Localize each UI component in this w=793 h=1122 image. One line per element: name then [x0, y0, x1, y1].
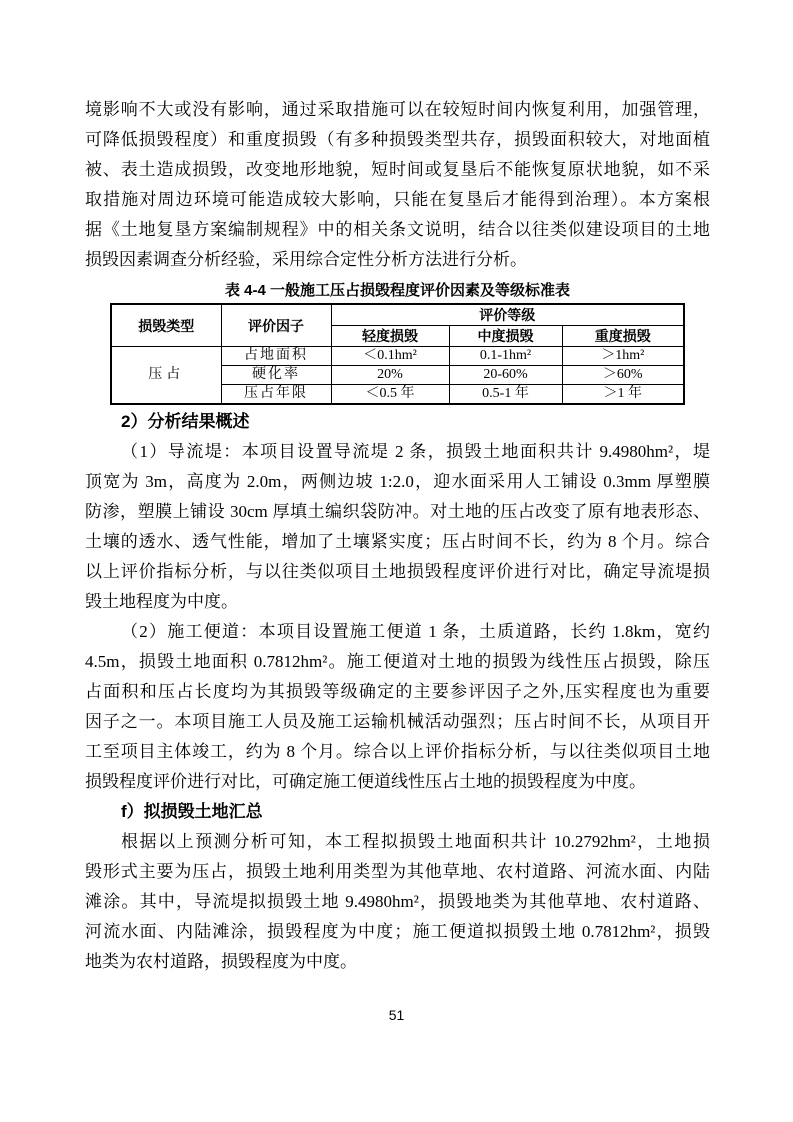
table-cell: 20-60% — [449, 366, 562, 385]
paragraph: 境影响不大或没有影响，通过采取措施可以在较短时间内恢复利用，加强管理，可降低损毁… — [85, 95, 710, 275]
section-heading: f）拟损毁土地汇总 — [85, 797, 710, 827]
text-line: 土壤的透水、透气性能，增加了土壤紧实度；压占时间不长，约为 8 个月。综合 — [85, 527, 710, 557]
table-header-cell: 评价等级 — [331, 304, 684, 326]
text-line: 因子之一。本项目施工人员及施工运输机械活动强烈；压占时间不长，从项目开 — [85, 707, 710, 737]
text-line: 顶宽为 3m，高度为 2.0m，两侧边坡 1:2.0，迎水面采用人工铺设 0.3… — [85, 467, 710, 497]
text-line: 损毁程度评价进行对比，可确定施工便道线性压占土地的损毁程度为中度。 — [85, 767, 710, 797]
text-line: 4.5m，损毁土地面积 0.7812hm²。施工便道对土地的损毁为线性压占损毁，… — [85, 647, 710, 677]
paragraph: （1）导流堤：本项目设置导流堤 2 条，损毁土地面积共计 9.4980hm²，堤… — [85, 437, 710, 617]
text-line: 损毁因素调查分析经验，采用综合定性分析方法进行分析。 — [85, 245, 710, 275]
text-line: （2）施工便道：本项目设置施工便道 1 条，土质道路，长约 1.8km，宽约 — [85, 617, 710, 647]
text-line: 河流水面、内陆滩涂，损毁程度为中度；施工便道拟损毁土地 0.7812hm²，损毁 — [85, 917, 710, 947]
document-page: 境影响不大或没有影响，通过采取措施可以在较短时间内恢复利用，加强管理，可降低损毁… — [0, 0, 793, 1122]
section-heading: 2）分析结果概述 — [85, 407, 710, 437]
table-cell: 硬化率 — [221, 366, 331, 385]
table-header-cell: 重度损毁 — [562, 326, 684, 347]
paragraph: 根据以上预测分析可知，本工程拟损毁土地面积共计 10.2792hm²，土地损毁形… — [85, 827, 710, 977]
text-line: 防渗，塑膜上铺设 30cm 厚填土编织袋防冲。对土地的压占改变了原有地表形态、 — [85, 497, 710, 527]
page-footer: 51 — [0, 1005, 793, 1025]
paragraph: （2）施工便道：本项目设置施工便道 1 条，土质道路，长约 1.8km，宽约4.… — [85, 617, 710, 797]
table-header-cell: 损毁类型 — [111, 304, 221, 347]
table-header-row: 损毁类型评价因子评价等级 — [111, 304, 684, 326]
table-cell: 0.5-1 年 — [449, 385, 562, 405]
table-cell: 0.1-1hm² — [449, 347, 562, 366]
table-header-cell: 评价因子 — [221, 304, 331, 347]
table-group-cell: 压占 — [111, 347, 221, 405]
text-line: 被、表土造成损毁，改变地形地貌，短时间或复垦后不能恢复原状地貌，如不采 — [85, 155, 710, 185]
document-content: 境影响不大或没有影响，通过采取措施可以在较短时间内恢复利用，加强管理，可降低损毁… — [85, 95, 710, 977]
text-line: 毁土地程度为中度。 — [85, 587, 710, 617]
table-header-cell: 轻度损毁 — [331, 326, 449, 347]
text-line: 可降低损毁程度）和重度损毁（有多种损毁类型共存，损毁面积较大，对地面植 — [85, 125, 710, 155]
table-caption: 表 4-4 一般施工压占损毁程度评价因素及等级标准表 — [85, 281, 710, 301]
text-line: 滩涂。其中，导流堤拟损毁土地 9.4980hm²，损毁地类为其他草地、农村道路、 — [85, 887, 710, 917]
table-cell: ＞1 年 — [562, 385, 684, 405]
table-cell: 20% — [331, 366, 449, 385]
table-cell: 占地面积 — [221, 347, 331, 366]
text-line: （1）导流堤：本项目设置导流堤 2 条，损毁土地面积共计 9.4980hm²，堤 — [85, 437, 710, 467]
table-cell: ＜0.1hm² — [331, 347, 449, 366]
page-number: 51 — [389, 1007, 405, 1023]
text-line: 工至项目主体竣工，约为 8 个月。综合以上评价指标分析，与以往类似项目土地 — [85, 737, 710, 767]
text-line: 据《土地复垦方案编制规程》中的相关条文说明，结合以往类似建设项目的土地 — [85, 215, 710, 245]
table-cell: 压占年限 — [221, 385, 331, 405]
text-line: 毁形式主要为压占，损毁土地利用类型为其他草地、农村道路、河流水面、内陆 — [85, 857, 710, 887]
table-cell: ＞1hm² — [562, 347, 684, 366]
text-line: 取措施对周边环境可能造成较大影响，只能在复垦后才能得到治理）。本方案根 — [85, 185, 710, 215]
text-line: 地类为农村道路，损毁程度为中度。 — [85, 947, 710, 977]
text-line: 以上评价指标分析，与以往类似项目土地损毁程度评价进行对比，确定导流堤损 — [85, 557, 710, 587]
text-line: 境影响不大或没有影响，通过采取措施可以在较短时间内恢复利用，加强管理， — [85, 95, 710, 125]
table-row: 压占占地面积＜0.1hm²0.1-1hm²＞1hm² — [111, 347, 684, 366]
text-line: 占面积和压占长度均为其损毁等级确定的主要参评因子之外,压实程度也为重要 — [85, 677, 710, 707]
table-cell: ＞60% — [562, 366, 684, 385]
damage-evaluation-table: 损毁类型评价因子评价等级轻度损毁中度损毁重度损毁压占占地面积＜0.1hm²0.1… — [110, 303, 685, 405]
table-cell: ＜0.5 年 — [331, 385, 449, 405]
text-line: 根据以上预测分析可知，本工程拟损毁土地面积共计 10.2792hm²，土地损 — [85, 827, 710, 857]
table-header-cell: 中度损毁 — [449, 326, 562, 347]
